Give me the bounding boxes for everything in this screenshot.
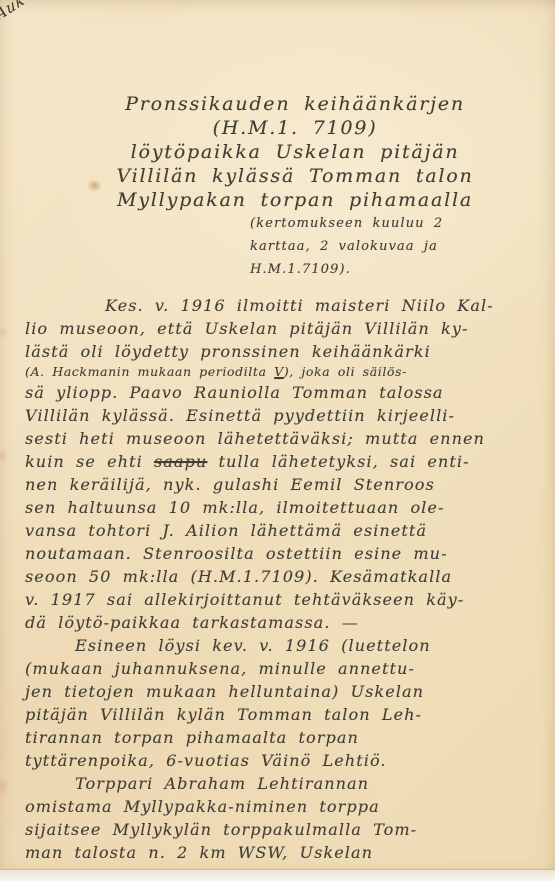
scanner-background-strip — [0, 870, 555, 881]
body-line: v. 1917 sai allekirjoittanut tehtäväksee… — [25, 588, 540, 611]
title-line: (H.M.1. 7109) — [45, 116, 545, 140]
title-line: Myllypakan torpan pihamaalla — [45, 188, 545, 212]
body-line: vansa tohtori J. Ailion lähettämä esinet… — [25, 519, 540, 542]
title-note-line: H.M.1.7109). — [250, 258, 545, 281]
line-segment: ), joka oli säilös- — [284, 364, 407, 379]
body-line: lio museoon, että Uskelan pitäjän Villil… — [25, 317, 540, 340]
title-note-line: (kertomukseen kuuluu 2 — [250, 212, 545, 235]
body-line: sen haltuunsa 10 mk:lla, ilmoitettuaan o… — [25, 496, 540, 519]
body-line: (mukaan juhannuksena, minulle annettu- — [25, 657, 540, 680]
body-line: jen tietojen mukaan helluntaina) Uskelan — [25, 680, 540, 703]
line-segment: (A. Hackmanin mukaan periodilta — [25, 364, 274, 379]
body-line: Torppari Abraham Lehtirannan — [25, 772, 540, 795]
body-line: omistama Myllypakka-niminen torppa — [25, 795, 540, 818]
line-segment: tulla lähetetyksi, sai enti- — [207, 452, 469, 471]
title-block: Pronssikauden keihäänkärjen (H.M.1. 7109… — [45, 0, 545, 281]
edge-smudge — [0, 778, 9, 796]
pencil-annotation: Auk — [0, 0, 27, 24]
edge-smudge — [0, 448, 8, 464]
underlined-period-numeral: V — [274, 364, 284, 379]
body-line: man talosta n. 2 km WSW, Uskelan — [25, 841, 540, 864]
manuscript-scan: Auk Pronssikauden keihäänkärjen (H.M.1. … — [0, 0, 555, 881]
edge-smudge — [0, 326, 8, 339]
body-line: tirannan torpan pihamaalta torpan — [25, 726, 540, 749]
body-line-small-script: (A. Hackmanin mukaan periodilta V), joka… — [25, 363, 540, 381]
title-note-line: karttaa, 2 valokuvaa ja — [250, 235, 545, 258]
body-line: sä yliopp. Paavo Rauniolla Tomman taloss… — [25, 381, 540, 404]
body-line: dä löytö-paikkaa tarkastamassa. — — [25, 611, 540, 634]
body-line: sesti heti museoon lähetettäväksi; mutta… — [25, 427, 540, 450]
body-line: noutamaan. Stenroosilta ostettiin esine … — [25, 542, 540, 565]
title-line: löytöpaikka Uskelan pitäjän — [45, 140, 545, 164]
body-line: tyttärenpoika, 6-vuotias Väinö Lehtiö. — [25, 749, 540, 772]
struck-word: saapu — [154, 452, 207, 471]
manuscript-page: Auk Pronssikauden keihäänkärjen (H.M.1. … — [0, 0, 555, 871]
body-line: Villilän kylässä. Esinettä pyydettiin ki… — [25, 404, 540, 427]
body-line: seoon 50 mk:lla (H.M.1.7109). Kesämatkal… — [25, 565, 540, 588]
title-line: Pronssikauden keihäänkärjen — [45, 92, 545, 116]
body-text: Kes. v. 1916 ilmoitti maisteri Niilo Kal… — [25, 294, 540, 864]
line-segment: kuin se ehti — [25, 452, 154, 471]
body-line: sijaitsee Myllykylän torppakulmalla Tom- — [25, 818, 540, 841]
title-line: Villilän kylässä Tomman talon — [45, 164, 545, 188]
body-line: nen keräilijä, nyk. gulashi Eemil Stenro… — [25, 473, 540, 496]
body-line: lästä oli löydetty pronssinen keihäänkär… — [25, 340, 540, 363]
body-line: kuin se ehti saapu tulla lähetetyksi, sa… — [25, 450, 540, 473]
body-line: Kes. v. 1916 ilmoitti maisteri Niilo Kal… — [25, 294, 540, 317]
body-line: Esineen löysi kev. v. 1916 (luettelon — [25, 634, 540, 657]
body-line: pitäjän Villilän kylän Tomman talon Leh- — [25, 703, 540, 726]
